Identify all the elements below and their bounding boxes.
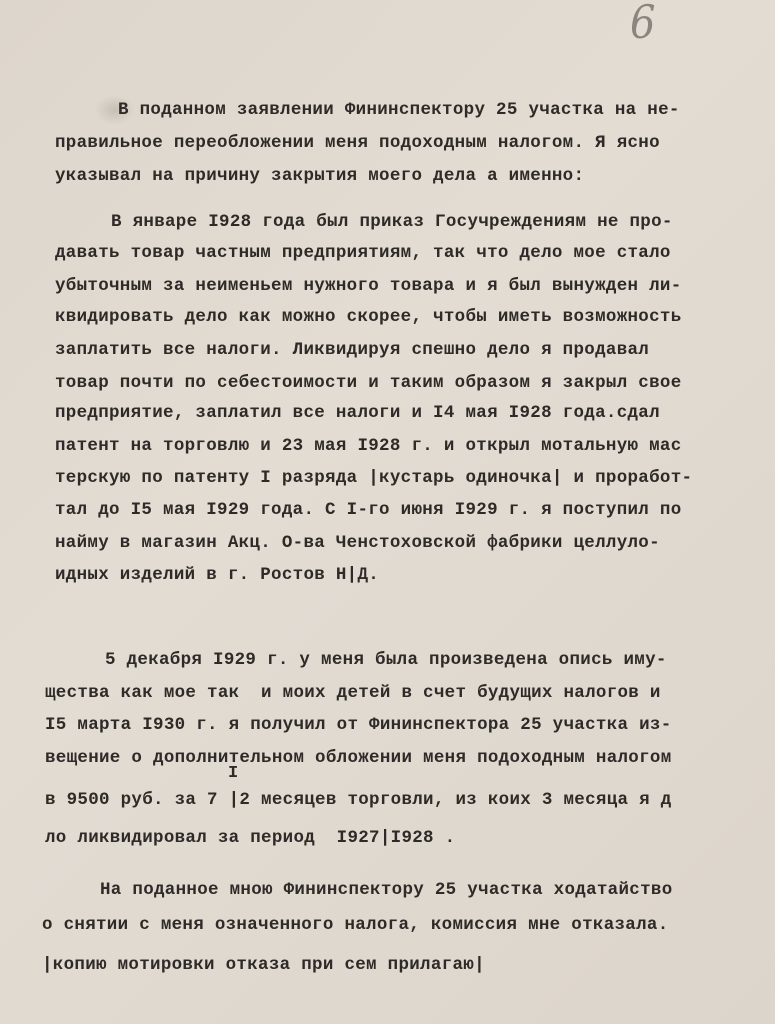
handwritten-page-number: 6 <box>630 0 655 49</box>
text-line: правильное переобложении меня подоходным… <box>55 133 660 153</box>
document-page: 6 В поданном заявлении Фининспектору 25 … <box>0 0 775 1024</box>
text-line: квидировать дело как можно скорее, чтобы… <box>55 307 682 327</box>
text-line: На поданное мною Фининспектору 25 участк… <box>100 880 673 900</box>
text-line: 5 декабря I929 г. у меня была произведен… <box>105 650 667 670</box>
fraction-numerator: I <box>228 764 238 783</box>
text-line: указывал на причину закрытия моего дела … <box>55 166 584 186</box>
text-line: товар почти по себестоимости и таким обр… <box>55 373 682 393</box>
text-line: в 9500 руб. за 7 |2 месяцев торговли, из… <box>45 790 672 810</box>
text-line: |копию мотировки отказа при сем прилагаю… <box>42 955 485 975</box>
text-line: I5 марта I930 г. я получил от Фининспект… <box>45 715 672 735</box>
text-line: щества как мое так и моих детей в счет б… <box>45 683 661 703</box>
text-line: патент на торговлю и 23 мая I928 г. и от… <box>55 436 682 456</box>
text-line: В поданном заявлении Фининспектору 25 уч… <box>118 100 680 120</box>
text-line: заплатить все налоги. Ликвидируя спешно … <box>55 340 649 360</box>
text-line: идных изделий в г. Ростов Н|Д. <box>55 565 379 585</box>
text-line: тал до I5 мая I929 года. С I-го июня I92… <box>55 500 682 520</box>
text-line: найму в магазин Акц. О-ва Ченстоховской … <box>55 533 660 553</box>
text-line: вещение о дополнительном обложении меня … <box>45 748 672 768</box>
text-line: В январе I928 года был приказ Госучрежде… <box>111 212 673 232</box>
text-line: убыточным за неименьем нужного товара и … <box>55 276 682 296</box>
text-line: ло ликвидировал за период I927|I928 . <box>45 828 455 848</box>
text-line: терскую по патенту I разряда |кустарь од… <box>55 468 692 488</box>
text-line: давать товар частным предприятиям, так ч… <box>55 243 671 263</box>
text-line: о снятии с меня означенного налога, коми… <box>42 915 669 935</box>
text-line: предприятие, заплатил все налоги и I4 ма… <box>55 403 660 423</box>
